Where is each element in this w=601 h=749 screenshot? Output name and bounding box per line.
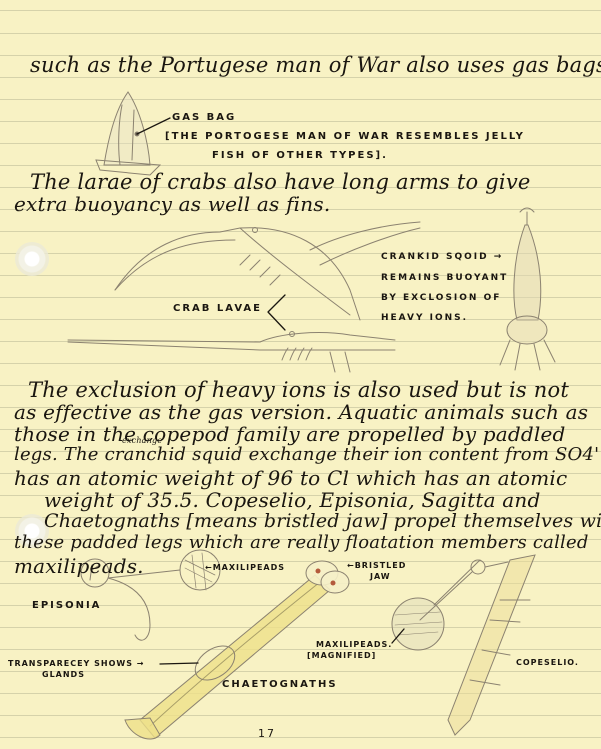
- label-man-of-war-note-2: FISH OF OTHER TYPES].: [212, 150, 388, 161]
- label-bristled-jaw-1: ←BRISTLED: [347, 561, 406, 570]
- label-maxilipeads-magnified-2: [MAGNIFIED]: [307, 651, 376, 660]
- man-of-war-sketch: [96, 92, 160, 175]
- text-line-8: has an atomic weight of 96 to Cl which h…: [14, 466, 567, 490]
- text-line-6: those in the copepod family are propelle…: [14, 422, 566, 446]
- label-squid-2: REMAINS BUOYANT: [381, 273, 508, 283]
- text-line-12: maxilipeads.: [14, 554, 144, 578]
- insertion-note: exchange: [122, 436, 162, 445]
- label-squid-1: CRANKID SQOID →: [381, 252, 503, 262]
- label-bristled-jaw-2: JAW: [370, 572, 391, 581]
- chaetognath-sketch: [125, 561, 349, 739]
- label-transparency-2: GLANDS: [42, 670, 85, 679]
- text-line-9: weight of 35.5. Copeselio, Episonia, Sag…: [44, 488, 541, 512]
- text-line-3: extra buoyancy as well as fins.: [14, 192, 330, 216]
- label-squid-3: BY EXCLOSION OF: [381, 293, 501, 303]
- label-episonia: EPISONIA: [32, 600, 101, 611]
- label-squid-4: HEAVY IONS.: [381, 313, 468, 323]
- label-man-of-war-note-1: [THE PORTOGESE MAN OF WAR RESEMBLES JELL…: [165, 131, 525, 142]
- crab-larva-lower-sketch: [68, 332, 395, 373]
- notebook-page: such as the Portugese man of War also us…: [0, 0, 601, 749]
- binder-hole-top: [15, 242, 49, 276]
- page-number: 17: [258, 727, 276, 740]
- label-chaetognaths: CHAETOGNATHS: [222, 679, 338, 690]
- label-maxilipeads: ←MAXILIPEADS: [205, 563, 285, 572]
- text-line-2: The larae of crabs also have long arms t…: [30, 170, 531, 194]
- label-gas-bag: GAS BAG: [172, 112, 236, 123]
- maxilipead-magnified-sketch: [392, 560, 480, 650]
- label-copeselio: COPESELIO.: [516, 658, 579, 667]
- copeselio-sketch: [420, 555, 535, 735]
- text-line-4: The exclusion of heavy ions is also used…: [28, 378, 569, 402]
- text-line-11: these padded legs which are really float…: [14, 532, 589, 553]
- label-transparency-1: TRANSPARECEY SHOWS →: [8, 659, 144, 668]
- crab-larva-upper-sketch: [115, 222, 420, 320]
- text-line-7: legs. The cranchid squid exchange their …: [14, 444, 601, 465]
- label-crab-lavae: CRAB LAVAE: [173, 303, 262, 314]
- pencil-sketches: [0, 0, 601, 749]
- text-line-10: Chaetognaths [means bristled jaw] propel…: [44, 510, 601, 532]
- cranchid-squid-sketch: [500, 208, 555, 370]
- text-line-5: as effective as the gas version. Aquatic…: [14, 400, 588, 424]
- label-maxilipeads-magnified-1: MAXILIPEADS.: [316, 640, 392, 649]
- text-line-1: such as the Portugese man of War also us…: [30, 53, 601, 77]
